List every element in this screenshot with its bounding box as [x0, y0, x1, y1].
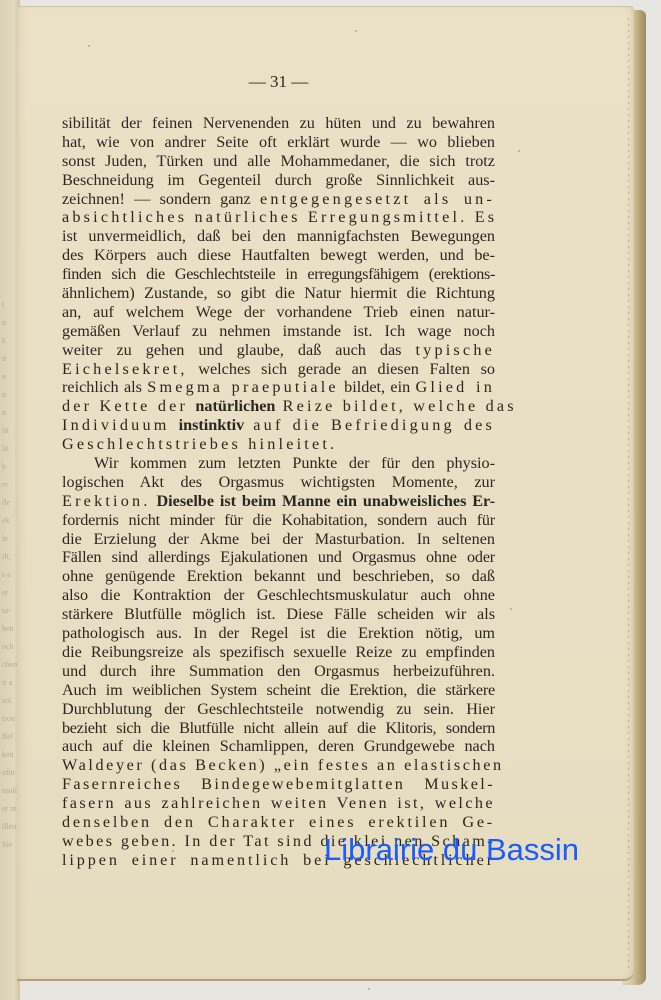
left-page-fragment: n: [2, 408, 6, 417]
text-line: Individuum instinktiv auf die Befriedigu…: [62, 416, 495, 435]
text-line: Erektion. Dieselbe ist beim Manne ein un…: [62, 492, 495, 511]
text-line: Auch im weiblichen System scheint die Er…: [62, 681, 495, 700]
left-page-fragment: mold: [2, 786, 18, 795]
text-segment: reichlich als: [62, 378, 147, 396]
page-fore-edge: [628, 18, 629, 968]
text-line: Fällen sind allerdings Ejakulationen und…: [62, 548, 495, 567]
left-page-fragment: le: [2, 534, 8, 543]
left-page-fragment: ek: [2, 516, 10, 525]
text-line: also die Kontraktion der Geschlechtsmusk…: [62, 586, 495, 605]
body-text: sibilität der feinen Nervenenden zu hüte…: [62, 114, 495, 870]
text-line: hat, wie von andrer Seite oft erklärt wu…: [62, 133, 495, 152]
left-page-fragment: ilt,: [2, 552, 11, 561]
text-line: stärkere Blutfülle möglich ist. Diese Fä…: [62, 605, 495, 624]
spaced-emphasis: entgegengesetzt als un-: [260, 190, 495, 208]
text-segment: Dieselbe ist beim Manne ein unabweislich…: [151, 492, 495, 510]
text-line-spaced: Fasernreiches Bindegewebemitglatten Musk…: [62, 775, 495, 794]
spaced-emphasis: Glied in: [416, 378, 496, 396]
left-page-fragment: ir a: [2, 678, 12, 687]
left-page-fragment: b: [2, 462, 6, 471]
bold-emphasis: natürlichen: [195, 397, 275, 415]
left-page-fragment: n: [2, 390, 6, 399]
left-page-fragment: rt: [2, 354, 7, 363]
text-line-spaced: fasern aus zahlreichen weiten Venen ist,…: [62, 794, 495, 813]
text-line: reichlich als Smegma praeputiale bildet,…: [62, 378, 495, 397]
left-page-fragment: n: [2, 372, 6, 381]
left-page-fragment: sol: [2, 696, 11, 705]
left-page-fragment: er: [2, 588, 8, 597]
paragraph-first-line: Wir kommen zum letzten Punkte der für de…: [62, 454, 495, 473]
text-line: und durch ihre Summation den Orgasmus he…: [62, 662, 495, 681]
left-page-fragment: t: [2, 300, 4, 309]
spaced-emphasis: der Kette der: [62, 397, 195, 415]
left-page-fragment: ofür: [2, 768, 15, 777]
left-page-fragment: Sie: [2, 840, 12, 849]
text-line: auch auf die kleinen Schamlippen, deren …: [62, 737, 495, 756]
spaced-emphasis: Individuum: [62, 416, 179, 434]
bold-emphasis: instinktiv: [179, 416, 245, 434]
spaced-emphasis: Smegma praeputiale: [147, 378, 339, 396]
left-page-fragment: lle: [2, 498, 10, 507]
spaced-emphasis: Reize bildet, welche das: [275, 397, 516, 415]
text-line: Durchblutung der Geschlechtsteile notwen…: [62, 700, 495, 719]
text-line: fordernis nicht minder für die Kohabitat…: [62, 511, 495, 530]
text-line: sibilität der feinen Nervenenden zu hüte…: [62, 114, 495, 133]
text-line: die Erzielung der Akme bei der Masturbat…: [62, 530, 495, 549]
text-line-spaced: denselben den Charakter eines erektilen …: [62, 813, 495, 832]
text-segment: welches sich gerade an diesen Falten so: [188, 360, 495, 378]
left-page-fragment: k: [2, 336, 6, 345]
text-line-spaced: Waldeyer (das Becken) „ein festes an ela…: [62, 756, 495, 775]
text-line: weiter zu gehen und glaube, daß auch das…: [62, 341, 495, 360]
text-line: finden sich die Geschlechtsteile in erre…: [62, 265, 495, 284]
spaced-emphasis: typische: [415, 341, 495, 359]
text-line: Beschneidung im Gegenteil durch große Si…: [62, 171, 495, 190]
left-page-fragment: n: [2, 318, 6, 327]
text-line: gemäßen Verlauf zu nehmen imstande ist. …: [62, 322, 495, 341]
text-line: ähnlichem) Zustande, so gibt die Natur h…: [62, 284, 495, 303]
text-line: zeichnen! — sondern ganz entgegengesetzt…: [62, 190, 495, 209]
spaced-emphasis: auf die Befriedigung des: [244, 416, 495, 434]
text-line: sonst Juden, Türken und alle Mohammedane…: [62, 152, 495, 171]
text-line: logischen Akt des Orgasmus wichtigsten M…: [62, 473, 495, 492]
left-page-fragment: chen: [2, 660, 17, 669]
left-page-fragment: hen: [2, 624, 14, 633]
text-line-spaced: Geschlechtstriebes hinleitet.: [62, 435, 495, 454]
text-line: der Kette der natürlichen Reize bildet, …: [62, 397, 495, 416]
text-line: ohne genügende Erektion bekannt und besc…: [62, 567, 495, 586]
page-number: — 31 —: [0, 72, 609, 92]
text-line-spaced: absichtliches natürliches Erregungsmitte…: [62, 208, 495, 227]
paper-speck: [355, 30, 357, 32]
text-segment: bildet, ein: [339, 378, 416, 396]
left-page-fragment: tron: [2, 714, 15, 723]
text-segment: zeichnen! — sondern ganz: [62, 190, 260, 208]
text-line: die Reibungsreize als spezifisch sexuell…: [62, 643, 495, 662]
left-page-fragment: ur-: [2, 606, 11, 615]
left-page-fragment: lit: [2, 426, 9, 435]
left-page-fragment: ffel: [2, 732, 13, 741]
text-segment: weiter zu gehen und glaube, daß auch das: [62, 341, 415, 359]
text-line: bezieht sich die Blutfülle nicht allein …: [62, 719, 495, 738]
spaced-emphasis: Erektion.: [62, 492, 151, 510]
text-line: an, auf welchem Wege der vorhandene Trie…: [62, 303, 495, 322]
left-page-fragment: lit: [2, 444, 9, 453]
paper-speck: [510, 608, 512, 610]
left-page-fragment: er: [2, 480, 8, 489]
paper-speck: [88, 45, 90, 47]
left-page-fragment: ken: [2, 750, 14, 759]
text-line: pathologisch aus. In der Regel ist die E…: [62, 624, 495, 643]
left-page-fragment: s a: [2, 570, 11, 579]
watermark-librairie-du-bassin: Librairie du Bassin: [324, 832, 579, 868]
paper-speck: [368, 988, 370, 990]
left-page-fragment: och: [2, 642, 14, 651]
text-line: des Körpers auch diese Hautfalten bewegt…: [62, 246, 495, 265]
text-line: Eichelsekret, welches sich gerade an die…: [62, 360, 495, 379]
spaced-emphasis: Eichelsekret,: [62, 360, 188, 378]
book-scan: tnkrtnnnlitlitberlleekleilt,s aerur-heno…: [0, 0, 661, 1000]
text-line: ist unvermeidlich, daß bei den mannigfac…: [62, 227, 495, 246]
left-page-fragment: er m: [2, 804, 16, 813]
left-page-fragment: illen: [2, 822, 16, 831]
paper-speck: [518, 150, 520, 152]
